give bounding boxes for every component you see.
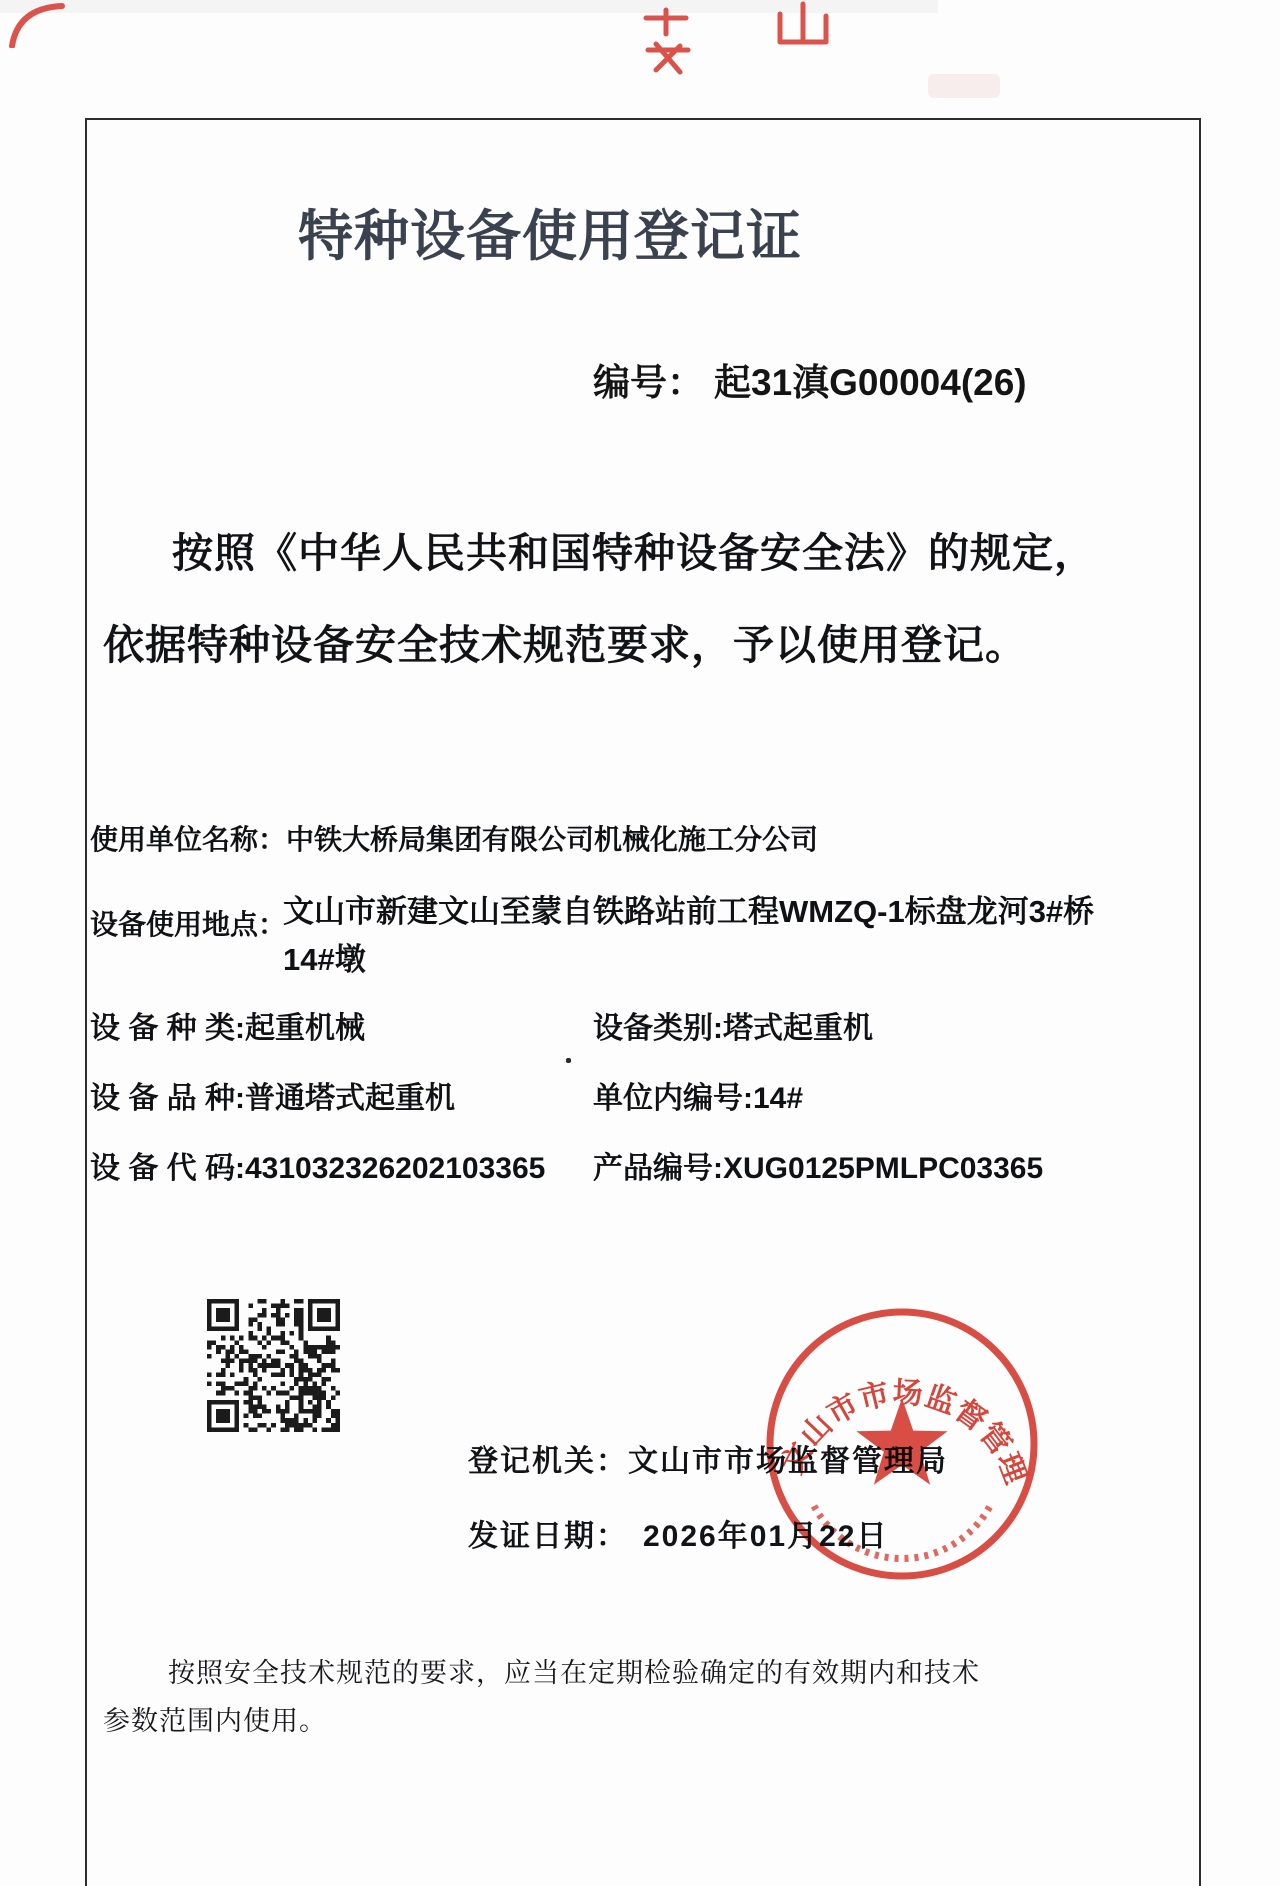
field-category: 设备类别:塔式起重机 xyxy=(593,1003,873,1047)
certificate-number-line: 编号：起31滇G00004(26) xyxy=(593,352,1027,406)
field-kind-label: 设 备 种 类: xyxy=(90,1012,245,1045)
field-device-code-value: 431032326202103365 xyxy=(245,1152,545,1185)
stamp-fragment-icon xyxy=(8,0,68,48)
scan-artifact-smudge xyxy=(928,74,1000,98)
field-variety-value: 普通塔式起重机 xyxy=(245,1082,455,1115)
certificate-title: 特种设备使用登记证 xyxy=(298,192,802,271)
field-unit-name-label: 使用单位名称： xyxy=(90,824,286,855)
field-unit-name-value: 中铁大桥局集团有限公司机械化施工分公司 xyxy=(286,824,818,855)
field-device-code-label: 设 备 代 码: xyxy=(90,1152,245,1185)
seal-code-marks xyxy=(814,1506,990,1559)
field-kind-value: 起重机械 xyxy=(245,1012,365,1045)
qr-code xyxy=(207,1299,340,1432)
certificate-page: 特种设备使用登记证 编号：起31滇G00004(26) 按照《中华人民共和国特种… xyxy=(0,0,1280,1886)
scan-speck xyxy=(566,1058,571,1063)
field-product-no: 产品编号:XUG0125PMLPC03365 xyxy=(593,1143,1043,1187)
field-kind: 设 备 种 类:起重机械 xyxy=(90,1003,365,1047)
intro-line-2: 依据特种设备安全技术规范要求，予以使用登记。 xyxy=(103,612,1027,671)
field-variety-label: 设 备 品 种: xyxy=(90,1082,245,1115)
footer-note-line2: 参数范围内使用。 xyxy=(103,1699,327,1738)
field-internal-no: 单位内编号:14# xyxy=(593,1073,803,1117)
field-device-code: 设 备 代 码:431032326202103365 xyxy=(90,1143,545,1187)
field-unit-name: 使用单位名称：中铁大桥局集团有限公司机械化施工分公司 xyxy=(90,818,818,858)
field-location-value-line2: 14#墩 xyxy=(283,934,366,979)
field-variety: 设 备 品 种:普通塔式起重机 xyxy=(90,1073,455,1117)
registration-date-label: 发证日期： xyxy=(468,1511,628,1555)
stamp-fragment-icon xyxy=(636,6,696,78)
field-location-label: 设备使用地点： xyxy=(90,903,286,943)
stamp-fragment-icon xyxy=(772,0,834,46)
field-location-value-line1: 文山市新建文山至蒙自铁路站前工程WMZQ-1标盘龙河3#桥 xyxy=(283,886,1094,931)
field-internal-no-value: 14# xyxy=(753,1082,803,1115)
certificate-number-label: 编号： xyxy=(593,362,704,403)
field-product-no-label: 产品编号: xyxy=(593,1152,723,1185)
field-internal-no-label: 单位内编号: xyxy=(593,1082,753,1115)
field-category-label: 设备类别: xyxy=(593,1012,723,1045)
certificate-number-value: 起31滇G00004(26) xyxy=(714,362,1027,403)
field-category-value: 塔式起重机 xyxy=(723,1012,873,1045)
footer-note-line1: 按照安全技术规范的要求，应当在定期检验确定的有效期内和技术 xyxy=(168,1651,980,1690)
field-product-no-value: XUG0125PMLPC03365 xyxy=(723,1152,1043,1185)
intro-line-1: 按照《中华人民共和国特种设备安全法》的规定， xyxy=(172,520,1096,579)
registration-authority-label: 登记机关： xyxy=(468,1445,628,1478)
official-seal-stamp: 文山市市场监督管理局 xyxy=(752,1294,1052,1594)
